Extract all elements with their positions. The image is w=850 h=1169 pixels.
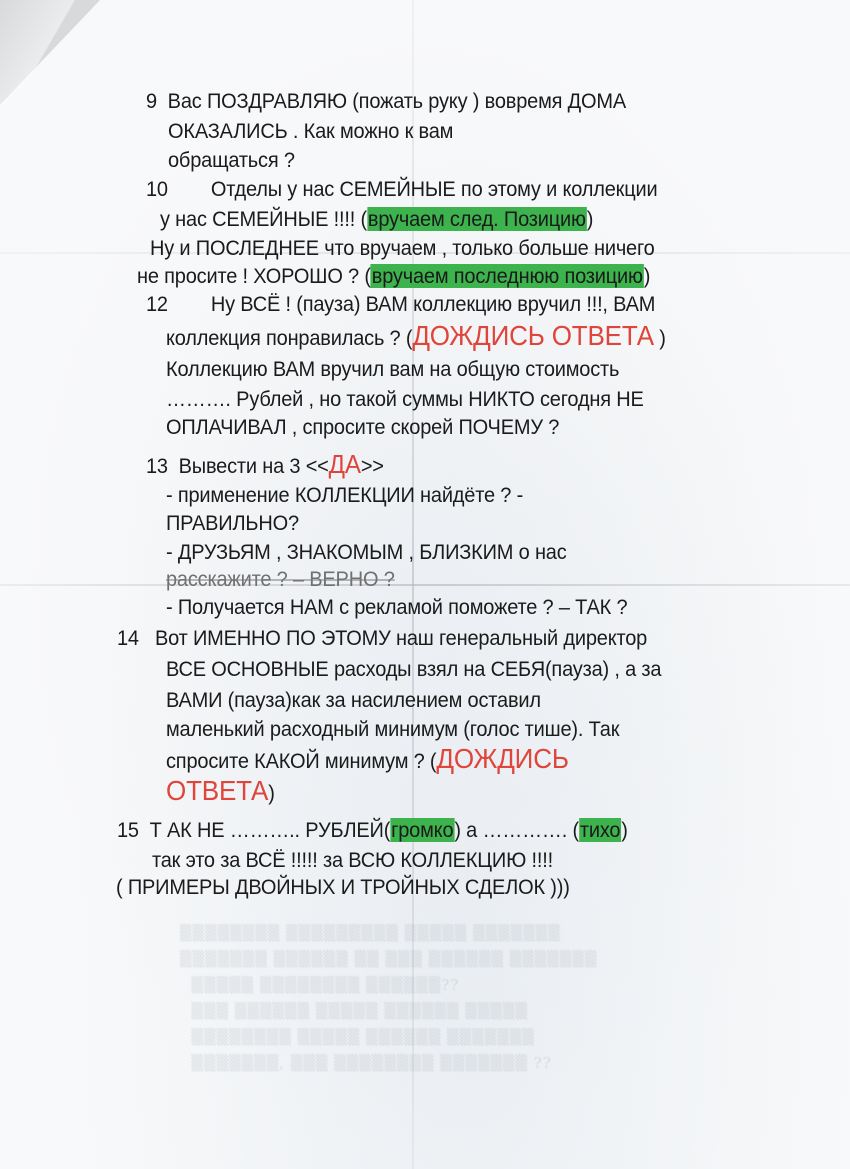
red-emphasis: ДОЖДИСЬ ОТВЕТА (412, 320, 654, 351)
item-15-line-1: 15 Т АК НЕ ……….. РУБЛЕЙ(громко) а …………. … (117, 816, 628, 844)
item-12-line-4: ………. Рублей , но такой суммы НИКТО сегод… (166, 385, 644, 413)
item-14-line-3: ВАМИ (пауза)как за насилением оставил (166, 686, 541, 714)
green-highlight: вручаем последнюю позицию (371, 264, 644, 288)
green-highlight: вручаем след. Позицию (367, 207, 587, 231)
item-number: 13 (146, 454, 168, 478)
item-number: 9 (146, 89, 157, 113)
item-15-line-3: ( ПРИМЕРЫ ДВОЙНЫХ И ТРОЙНЫХ СДЕЛОК ))) (116, 873, 570, 901)
item-13-title: 13 Вывести на 3 <<ДА>> (146, 450, 384, 480)
item-number: 14 (117, 626, 139, 650)
item-10-line-3: Ну и ПОСЛЕДНЕЕ что вручаем , только боль… (150, 234, 655, 262)
item-10-line-1: 10 Отделы у нас СЕМЕЙНЫЕ по этому и колл… (146, 175, 657, 203)
item-13-bullet-1-line-2: ПРАВИЛЬНО? (166, 509, 299, 537)
item-9-line-2: ОКАЗАЛИСЬ . Как можно к вам (168, 117, 453, 145)
item-14-line-2: ВСЕ ОСНОВНЫЕ расходы взял на СЕБЯ(пауза)… (166, 655, 661, 683)
item-14-line-1: 14 Вот ИМЕННО ПО ЭТОМУ наш генеральный д… (117, 624, 647, 652)
item-13-bullet-2-line-1: - ДРУЗЬЯМ , ЗНАКОМЫМ , БЛИЗКИМ о нас (166, 538, 567, 566)
red-emphasis: ДОЖДИСЬ (436, 743, 568, 774)
item-9-line-3: обращаться ? (168, 146, 295, 174)
item-number: 10 (146, 177, 168, 201)
item-12-line-2: коллекция понравилась ? (ДОЖДИСЬ ОТВЕТА … (166, 322, 666, 352)
item-9-line-1: 9 Вас ПОЗДРАВЛЯЮ (пожать руку ) вовремя … (146, 87, 626, 115)
item-12-line-5: ОПЛАЧИВАЛ , спросите скорей ПОЧЕМУ ? (166, 413, 559, 441)
item-12-line-1: 12 Ну ВСЁ ! (пауза) ВАМ коллекцию вручил… (146, 290, 655, 318)
item-13-bullet-1-line-1: - применение КОЛЛЕКЦИИ найдёте ? - (166, 481, 523, 509)
item-15-line-2: так это за ВСЁ !!!!! за ВСЮ КОЛЛЕКЦИЮ !!… (152, 846, 553, 874)
item-10-line-4: не просите ! ХОРОШО ? (вручаем последнюю… (137, 262, 650, 290)
green-highlight: тихо (579, 818, 621, 842)
item-number: 12 (146, 292, 168, 316)
item-12-line-3: Коллекцию ВАМ вручил вам на общую стоимо… (166, 355, 619, 383)
item-14-line-5: спросите КАКОЙ минимум ? (ДОЖДИСЬ (166, 745, 569, 775)
item-13-bullet-3-line-1: - Получается НАМ с рекламой поможете ? –… (166, 593, 627, 621)
item-10-line-2: у нас СЕМЕЙНЫЕ !!!! (вручаем след. Позиц… (160, 205, 593, 233)
red-emphasis: ДА (329, 449, 361, 479)
green-highlight: громко (390, 818, 454, 842)
paper-fold-horizontal (0, 584, 850, 586)
item-13-bullet-2-line-2: расскажите ? – ВЕРНО ? (166, 565, 395, 593)
bleed-through-text: ▒▒▒▒▒▒▒▒ ▒▒▒▒▒▒▒▒▒ ▒▒▒▒▒ ▒▒▒▒▒▒▒ ▒▒▒▒▒▒▒… (180, 920, 760, 1076)
red-emphasis: ОТВЕТА (166, 775, 268, 806)
item-14-line-4: маленький расходный минимум (голос тише)… (166, 715, 619, 743)
item-14-line-6: ОТВЕТА) (166, 777, 275, 807)
item-number: 15 (117, 818, 139, 842)
